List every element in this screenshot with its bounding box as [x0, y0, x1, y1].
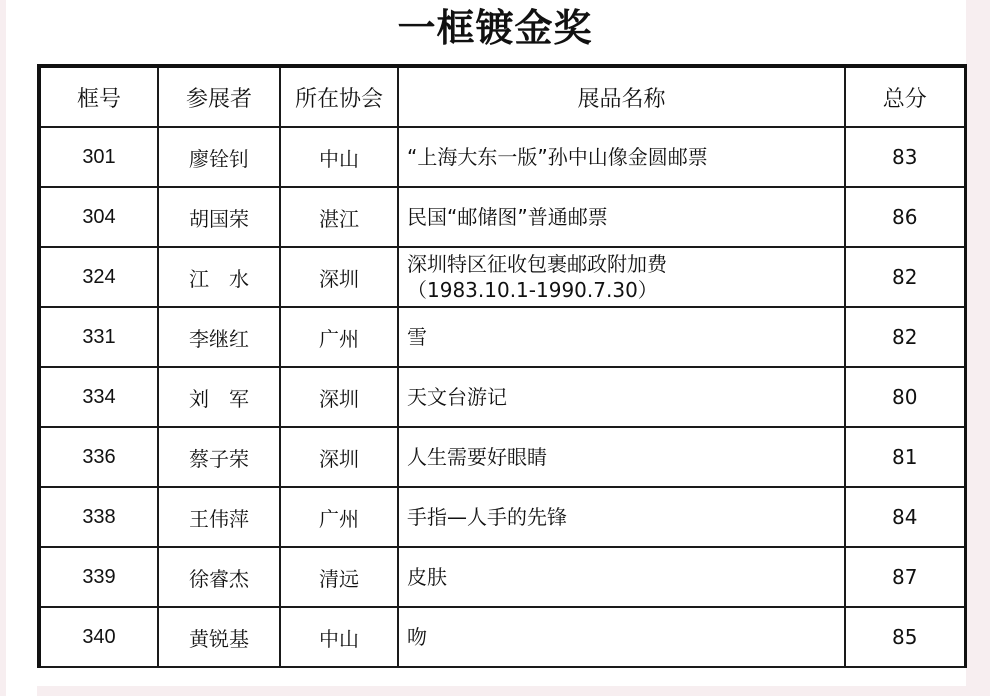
table-row: 304胡国荣湛江民国“邮储图”普通邮票86 — [39, 187, 965, 247]
cell-exhibitor: 刘 军 — [158, 367, 280, 427]
cell-total-score: 82 — [845, 307, 965, 367]
cell-exhibitor: 黄锐基 — [158, 607, 280, 667]
table-row: 324江 水深圳深圳特区征收包裹邮政附加费（1983.10.1-1990.7.3… — [39, 247, 965, 307]
cell-exhibitor: 廖铨钊 — [158, 127, 280, 187]
cell-frame-no: 336 — [39, 427, 158, 487]
cell-exhibitor: 胡国荣 — [158, 187, 280, 247]
cell-frame-no: 324 — [39, 247, 158, 307]
exhibit-title-line1: 雪 — [407, 324, 844, 350]
cell-frame-no: 340 — [39, 607, 158, 667]
cell-frame-no: 334 — [39, 367, 158, 427]
cell-total-score: 83 — [845, 127, 965, 187]
cell-association: 深圳 — [280, 427, 398, 487]
cell-frame-no: 301 — [39, 127, 158, 187]
cell-exhibit-title: 天文台游记 — [398, 367, 845, 427]
exhibit-title-line1: 深圳特区征收包裹邮政附加费 — [407, 251, 844, 277]
cell-exhibit-title: 吻 — [398, 607, 845, 667]
header-frame-no: 框号 — [39, 66, 158, 127]
cell-exhibitor: 李继红 — [158, 307, 280, 367]
header-exhibitor: 参展者 — [158, 66, 280, 127]
table-row: 336蔡子荣深圳人生需要好眼睛81 — [39, 427, 965, 487]
cell-total-score: 86 — [845, 187, 965, 247]
exhibit-title-line1: 皮肤 — [407, 564, 844, 590]
exhibit-title-line1: “上海大东一版”孙中山像金圆邮票 — [407, 144, 844, 170]
cell-total-score: 85 — [845, 607, 965, 667]
cell-association: 清远 — [280, 547, 398, 607]
exhibit-title-line1: 吻 — [407, 624, 844, 650]
cell-total-score: 80 — [845, 367, 965, 427]
exhibit-title-line2: （1983.10.1-1990.7.30） — [407, 277, 844, 303]
cell-exhibit-title: 雪 — [398, 307, 845, 367]
cell-association: 广州 — [280, 487, 398, 547]
page-edge — [37, 686, 967, 696]
cell-exhibit-title: 皮肤 — [398, 547, 845, 607]
table-header-row: 框号 参展者 所在协会 展品名称 总分 — [39, 66, 965, 127]
cell-exhibit-title: 民国“邮储图”普通邮票 — [398, 187, 845, 247]
cell-association: 广州 — [280, 307, 398, 367]
cell-total-score: 81 — [845, 427, 965, 487]
cell-exhibitor: 王伟萍 — [158, 487, 280, 547]
cell-exhibit-title: 手指—人手的先锋 — [398, 487, 845, 547]
cell-association: 中山 — [280, 607, 398, 667]
header-total-score: 总分 — [845, 66, 965, 127]
award-table: 框号 参展者 所在协会 展品名称 总分 301廖铨钊中山“上海大东一版”孙中山像… — [37, 64, 967, 668]
cell-total-score: 87 — [845, 547, 965, 607]
cell-frame-no: 304 — [39, 187, 158, 247]
exhibit-title-line1: 手指—人手的先锋 — [407, 504, 844, 530]
cell-frame-no: 338 — [39, 487, 158, 547]
cell-exhibit-title: 人生需要好眼睛 — [398, 427, 845, 487]
table-row: 340黄锐基中山吻85 — [39, 607, 965, 667]
header-association: 所在协会 — [280, 66, 398, 127]
cell-exhibit-title: “上海大东一版”孙中山像金圆邮票 — [398, 127, 845, 187]
cell-exhibitor: 江 水 — [158, 247, 280, 307]
cell-association: 深圳 — [280, 367, 398, 427]
cell-frame-no: 331 — [39, 307, 158, 367]
cell-association: 深圳 — [280, 247, 398, 307]
cell-association: 湛江 — [280, 187, 398, 247]
table-row: 301廖铨钊中山“上海大东一版”孙中山像金圆邮票83 — [39, 127, 965, 187]
header-exhibit-title: 展品名称 — [398, 66, 845, 127]
cell-total-score: 82 — [845, 247, 965, 307]
cell-association: 中山 — [280, 127, 398, 187]
cell-total-score: 84 — [845, 487, 965, 547]
cell-frame-no: 339 — [39, 547, 158, 607]
table-row: 339徐睿杰清远皮肤87 — [39, 547, 965, 607]
exhibit-title-line1: 民国“邮储图”普通邮票 — [407, 204, 844, 230]
table-row: 334刘 军深圳天文台游记80 — [39, 367, 965, 427]
cell-exhibit-title: 深圳特区征收包裹邮政附加费（1983.10.1-1990.7.30） — [398, 247, 845, 307]
exhibit-title-line1: 人生需要好眼睛 — [407, 444, 844, 470]
table-row: 331李继红广州雪82 — [39, 307, 965, 367]
page-title: 一框镀金奖 — [0, 2, 990, 54]
cell-exhibitor: 蔡子荣 — [158, 427, 280, 487]
cell-exhibitor: 徐睿杰 — [158, 547, 280, 607]
exhibit-title-line1: 天文台游记 — [407, 384, 844, 410]
table-row: 338王伟萍广州手指—人手的先锋84 — [39, 487, 965, 547]
